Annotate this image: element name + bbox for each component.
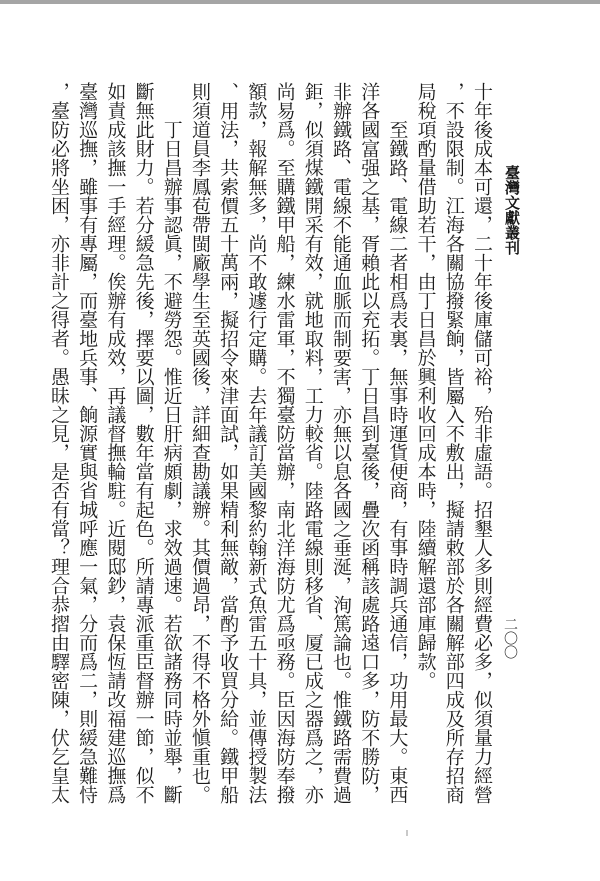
text-column-10: 、用法，共索價五十萬兩，擬招令來津面試，如果精利無敵，當酌予收買分給。鐵甲船 [214,82,242,814]
text-column-9: 額款，報解無多，尚不敢遽行定購。去年議訂美國黎約翰新式魚雷五十具，並傳授製法 [242,82,270,814]
series-header-title: 臺灣文獻叢刊 [503,165,521,265]
scan-speck [406,830,408,836]
page-number: 二〇〇 [502,617,518,677]
text-column-12: 丁日昌辦事認眞，不避勞怨。惟近日肝病頗劇，求效過速。若欲諸務同時並舉，斷 [158,82,186,814]
text-column-4: 至鐵路、電線二者相爲表裏，無事時運貨便商，有事時調兵通信，功用最大。東西 [383,82,411,814]
text-column-13: 斷無此財力。若分緩急先後，擇要以圖，數年當有起色。所請專派重臣督辦一節，似不 [129,82,157,814]
text-column-14: 如責成該撫一手經理。俟辦有成效，再議督撫輪駐。近閱邸鈔，袁保恆請改福建巡撫爲 [101,82,129,814]
text-column-8: 尚易爲。至購鐵甲船，練水雷軍，不獨臺防當辦，南北洋海防尤爲亟務。臣因海防奉撥 [270,82,298,814]
text-column-1: 十年後成本可還，二十年後庫儲可裕，殆非虛語。招墾人多則經費必多，似須量力經營 [468,82,496,814]
text-column-2: ，不設限制。江海各關協撥緊餉，皆屬入不敷出，擬請敕部於各關解部四成及所存招商 [440,82,468,814]
main-text-block: 十年後成本可還，二十年後庫儲可裕，殆非虛語。招墾人多則經費必多，似須量力經營 ，… [44,82,496,814]
text-column-15: 臺灣巡撫，雖事有專屬，而臺地兵事、餉源實與省城呼應一氣，分而爲二，則緩急難恃 [73,82,101,814]
text-column-5: 洋各國富强之基，胥賴此以充拓。丁日昌到臺後，疊次函稱該處路遠口多，防不勝防， [355,82,383,814]
text-column-3: 局稅項酌量借助若干，由丁日昌於興利收回成本時，陸續解還部庫歸款。 [411,82,439,814]
text-column-7: 鉅，似須煤鐵開采有效，就地取料，工力較省。陸路電線則移省、厦已成之器爲之，亦 [299,82,327,814]
text-column-6: 非辦鐵路、電線不能通血脈而制要害，亦無以息各國之垂涎，洵篤論也。惟鐵路需費過 [327,82,355,814]
text-column-11: 則須道員李鳳苞帶閩廠學生至英國後，詳細查勘議辦。其價過昂，不得不格外愼重也。 [186,82,214,814]
text-column-16: ，臺防必將坐困，亦非計之得者。愚昧之見，是否有當？理合恭摺由驛密陳，伏乞皇太 [45,82,73,814]
scan-edge-band [0,0,600,4]
book-page-scan: 臺灣文獻叢刊 二〇〇 十年後成本可還，二十年後庫儲可裕，殆非虛語。招墾人多則經費… [0,0,600,881]
